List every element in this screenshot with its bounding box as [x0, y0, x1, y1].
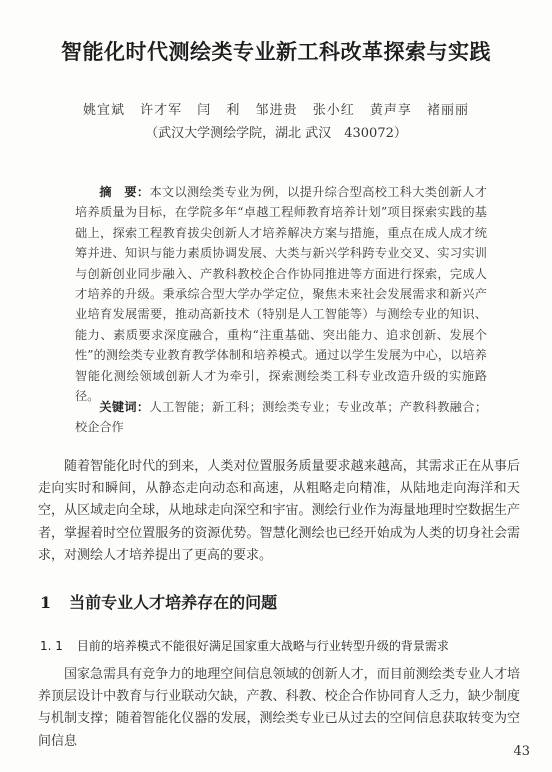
subsection-title: 目前的培养模式不能很好满足国家重大战略与行业转型升级的背景需求 [77, 639, 449, 653]
section-title: 当前专业人才培养存在的问题 [69, 593, 277, 612]
abstract: 摘 要：本文以测绘类专业为例，以提升综合型高校工科大类创新人才培养质量为目标，在… [75, 182, 487, 406]
section-number: 1 [40, 593, 51, 612]
affiliation: （武汉大学测绘学院，湖北 武汉 430072） [0, 122, 552, 141]
abstract-label: 摘 要： [99, 185, 149, 199]
subsection-number: 1. 1 [40, 639, 63, 653]
paper-title: 智能化时代测绘类专业新工科改革探索与实践 [0, 36, 552, 66]
keywords: 关键词：人工智能；新工科；测绘类专业；专业改革；产教科教融合；校企合作 [75, 397, 487, 438]
body-paragraph: 国家急需具有竞争力的地理空间信息领域的创新人才，而目前测绘类专业人才培养顶层设计… [38, 664, 520, 753]
page-number: 43 [513, 744, 530, 759]
section-heading: 1当前专业人才培养存在的问题 [40, 590, 277, 613]
author-list: 姚宜斌 许才军 闫 利 邹进贵 张小红 黄声享 褚丽丽 [0, 99, 552, 118]
keywords-label: 关键词： [99, 400, 149, 414]
subsection-heading: 1. 1目前的培养模式不能很好满足国家重大战略与行业转型升级的背景需求 [40, 637, 449, 654]
intro-paragraph: 随着智能化时代的到来，人类对位置服务质量要求越来越高，其需求正在从事后走向实时和… [38, 456, 520, 567]
abstract-text: 本文以测绘类专业为例，以提升综合型高校工科大类创新人才培养质量为目标，在学院多年… [75, 185, 487, 403]
